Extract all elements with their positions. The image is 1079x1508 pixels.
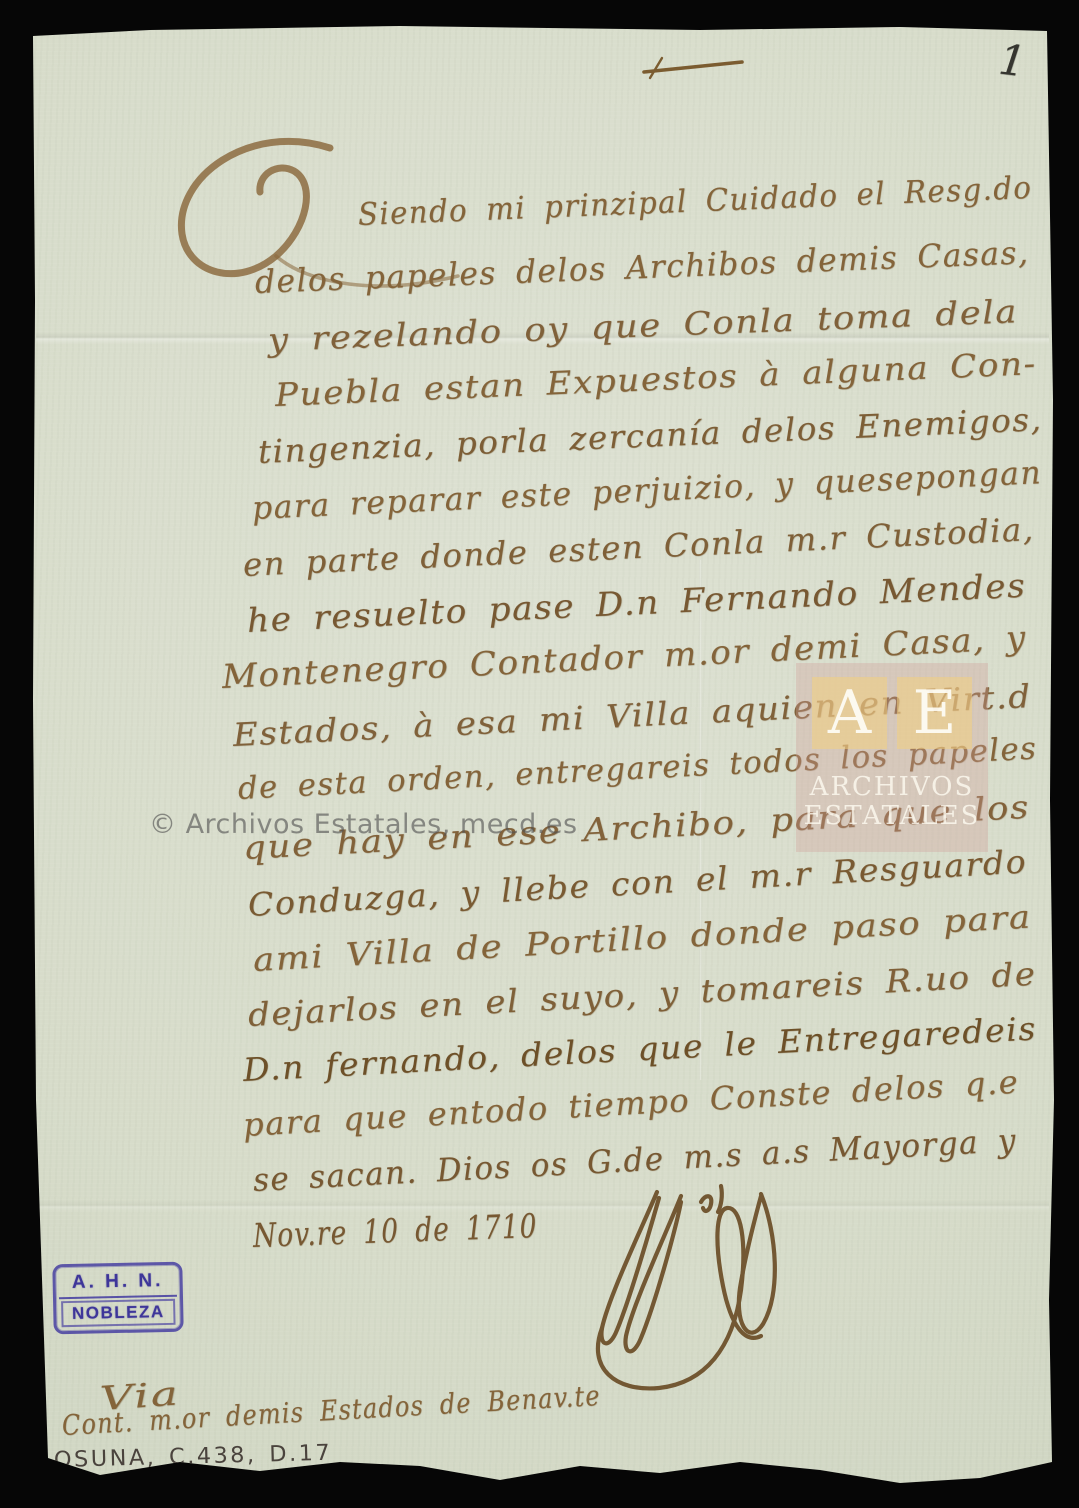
- manuscript-line: D.n fernando, delos que le Entregaredeis: [242, 1012, 1037, 1086]
- manuscript-line: Siendo mi prinzipal Cuidado el Resg.do: [357, 173, 1032, 231]
- manuscript-line: Cont. m.or demis Estados de Benav.te: [61, 1382, 601, 1440]
- manuscript-line: en parte donde esten Conla m.r Custodia,: [242, 513, 1035, 581]
- manuscript-line: dejarlos en el suyo, y tomareis R.uo de: [247, 958, 1037, 1031]
- manuscript-line: Montenegro Contador m.or demi Casa, y: [221, 621, 1027, 693]
- manuscript-line: Nov.re 10 de 1710: [252, 1209, 538, 1252]
- logo-word-estatales: ESTATALES: [804, 802, 981, 831]
- stamp-ahn-label: A. H. N.: [58, 1268, 177, 1299]
- logo-square-a: A: [812, 677, 887, 749]
- folio-number: 1: [996, 35, 1029, 87]
- logo-squares: A E: [812, 677, 972, 749]
- manuscript-line: Puebla estan Expuestos à alguna Con-: [274, 347, 1037, 411]
- stamp-nobleza-label: NOBLEZA: [61, 1299, 176, 1327]
- ink-cross-mark: [640, 52, 750, 82]
- manuscript-line: para que entodo tiempo Conste delos q.e: [242, 1066, 1020, 1141]
- signature-rubric: [575, 1178, 815, 1403]
- archive-stamp: A. H. N. NOBLEZA: [52, 1262, 183, 1335]
- fold-crease: [699, 560, 702, 1080]
- manuscript-line: se sacan. Dios os G.de m.s a.s Mayorga y: [252, 1124, 1017, 1196]
- logo-word-archivos: ARCHIVOS: [810, 773, 975, 802]
- logo-letter-e: E: [913, 683, 957, 743]
- fold-crease: [36, 332, 1049, 344]
- archival-reference-note: OSUNA, C.438, D.17: [54, 1443, 333, 1472]
- manuscript-line: Conduzga, y llebe con el m.r Resguardo: [247, 845, 1028, 921]
- scanned-document: Siendo mi prinzipal Cuidado el Resg.dode…: [0, 0, 1079, 1508]
- copyright-watermark: © Archivos Estatales, mecd.es: [149, 809, 578, 840]
- manuscript-line: Via: [99, 1376, 181, 1414]
- manuscript-line: y rezelando oy que Conla toma dela: [267, 295, 1018, 356]
- logo-letter-a: A: [828, 683, 871, 743]
- manuscript-line: Estados, à esa mi Villa aquien en Virt.d: [232, 680, 1032, 751]
- manuscript-line: ami Villa de Portillo donde paso para: [252, 900, 1032, 975]
- manuscript-line: tingenzia, porla zercanía delos Enemigos…: [257, 403, 1043, 468]
- initial-letter-swash: [158, 126, 468, 311]
- logo-square-e: E: [897, 677, 972, 749]
- manuscript-line: para reparar este perjuizio, y quesepong…: [251, 456, 1042, 524]
- manuscript-line: de esta orden, entregareis todos los pap…: [237, 734, 1038, 805]
- manuscript-line: delos papeles delos Archibos demis Casas…: [254, 236, 1029, 298]
- manuscript-line: he resuelto pase D.n Fernando Mendes: [246, 569, 1027, 637]
- archivos-estatales-logo: A E ARCHIVOS ESTATALES: [796, 663, 988, 852]
- manuscript-line: que hay en ese Archibo, para que los: [242, 791, 1031, 864]
- manuscript-page: Siendo mi prinzipal Cuidado el Resg.dode…: [0, 0, 1079, 1508]
- fold-crease: [36, 1200, 1049, 1212]
